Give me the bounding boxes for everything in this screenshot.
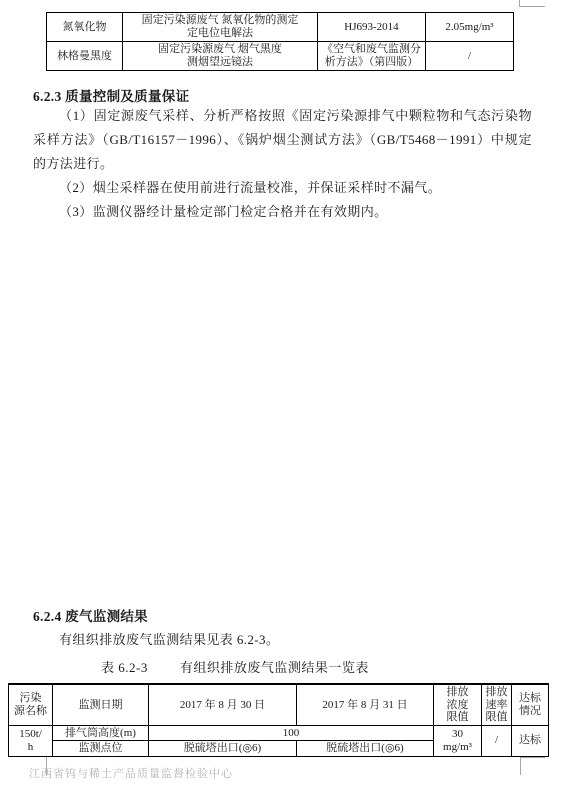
results-table: 污染 源名称 监测日期 2017 年 8 月 30 日 2017 年 8 月 3…: [8, 683, 549, 757]
document-page: 氮氧化物 固定污染源废气 氮氧化物的测定 定电位电解法 HJ693-2014 2…: [0, 0, 561, 797]
analysis-method: 固定污染源废气 烟气黑度 测烟望远镜法: [123, 42, 318, 71]
table-row: 150t/ h 排气筒高度(m) 100 30 mg/m³ / 达标: [9, 725, 549, 741]
boundary-mark-bottom-right: [520, 757, 545, 775]
detection-limit: 2.05mg/m³: [426, 13, 514, 42]
analysis-method: 固定污染源废气 氮氧化物的测定 定电位电解法: [123, 13, 318, 42]
point-value-cell-1: 脱硫塔出口(◎6): [149, 741, 297, 757]
stack-height-value-cell: 100: [149, 725, 434, 741]
header-compliance: 达标 情况: [512, 684, 549, 725]
compliance-cell: 达标: [512, 725, 549, 756]
intro-paragraph: 有组织排放废气监测结果见表 6.2-3。: [33, 628, 532, 652]
header-monitor-date: 监测日期: [53, 684, 149, 725]
boundary-mark-top-right: [519, 0, 545, 7]
paragraph-3: （3）监测仪器经计量检定部门检定合格并在有效期内。: [33, 200, 532, 224]
concentration-limit-cell: 30 mg/m³: [434, 725, 482, 756]
paragraph-1: （1）固定源废气采样、分析严格按照《固定污染源排气中颗粒物和气态污染物采样方法》…: [33, 104, 532, 176]
pollutant-name: 氮氧化物: [47, 13, 123, 42]
stack-height-label-cell: 排气筒高度(m): [53, 725, 149, 741]
table-row: 林格曼黑度 固定污染源废气 烟气黑度 测烟望远镜法 《空气和废气监测分析方法》（…: [47, 42, 514, 71]
table-caption-label: 表 6.2-3: [101, 660, 148, 675]
point-label-cell: 监测点位: [53, 741, 149, 757]
point-value-cell-2: 脱硫塔出口(◎6): [297, 741, 434, 757]
footer-watermark: 江西省钨与稀土产品质量监督检验中心: [29, 765, 233, 781]
header-date-1: 2017 年 8 月 30 日: [149, 684, 297, 725]
header-date-2: 2017 年 8 月 31 日: [297, 684, 434, 725]
header-concentration-limit: 排放 浓度 限值: [434, 684, 482, 725]
standard-code: 《空气和废气监测分析方法》（第四版）: [318, 42, 426, 71]
section-heading-624: 6.2.4 废气监测结果: [33, 605, 148, 625]
table-row: 氮氧化物 固定污染源废气 氮氧化物的测定 定电位电解法 HJ693-2014 2…: [47, 13, 514, 42]
method-table: 氮氧化物 固定污染源废气 氮氧化物的测定 定电位电解法 HJ693-2014 2…: [46, 12, 514, 71]
pollutant-name: 林格曼黑度: [47, 42, 123, 71]
paragraph-2: （2）烟尘采样器在使用前进行流量校准，并保证采样时不漏气。: [33, 176, 532, 200]
source-name-cell: 150t/ h: [9, 725, 53, 756]
header-pollution-source: 污染 源名称: [9, 684, 53, 725]
header-rate-limit: 排放 速率 限值: [482, 684, 512, 725]
detection-limit: /: [426, 42, 514, 71]
table-caption: 表 6.2-3有组织排放废气监测结果一览表: [101, 657, 369, 676]
table-caption-title: 有组织排放废气监测结果一览表: [180, 660, 369, 675]
standard-code: HJ693-2014: [318, 13, 426, 42]
table-header-row: 污染 源名称 监测日期 2017 年 8 月 30 日 2017 年 8 月 3…: [9, 684, 549, 725]
rate-limit-cell: /: [482, 725, 512, 756]
section-heading-623: 6.2.3 质量控制及质量保证: [33, 85, 189, 105]
